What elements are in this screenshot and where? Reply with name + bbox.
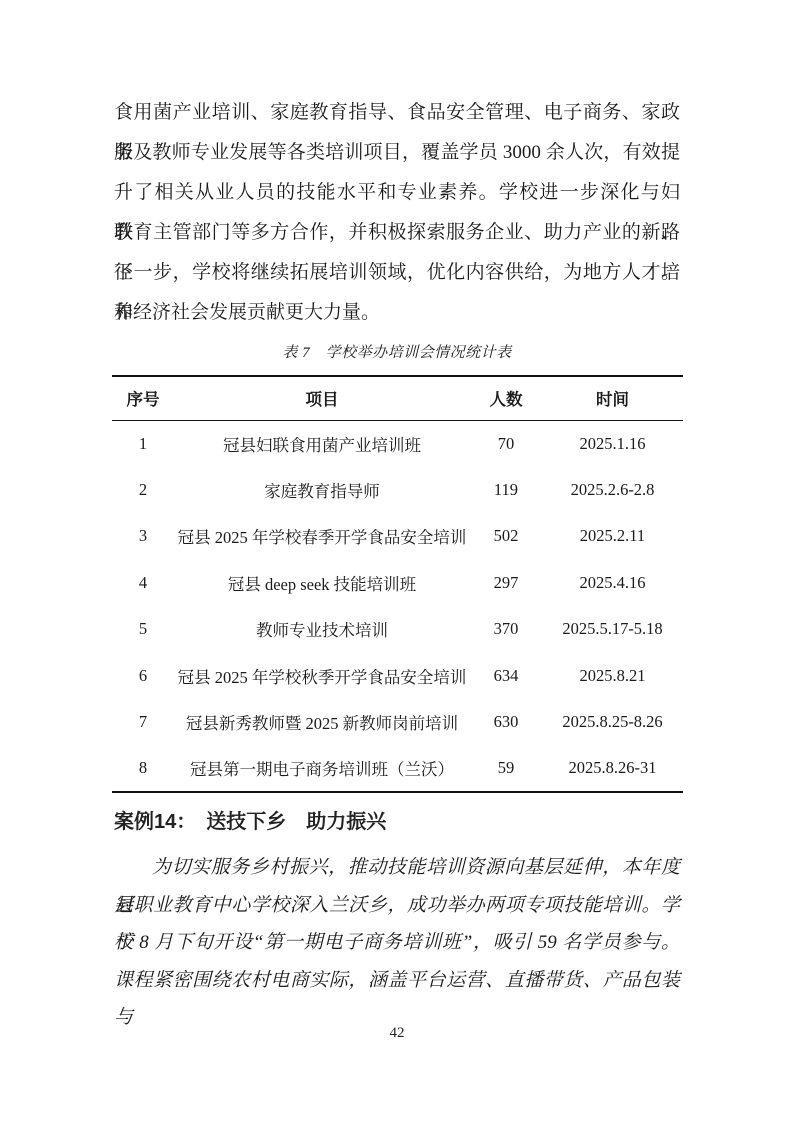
- intro-paragraph: 食用菌产业培训、家庭教育指导、食品安全管理、电子商务、家政服 务及教师专业发展等…: [114, 93, 680, 333]
- page-number: 42: [0, 1025, 794, 1042]
- document-page: 食用菌产业培训、家庭教育指导、食品安全管理、电子商务、家政服 务及教师专业发展等…: [0, 0, 794, 1123]
- cell-count: 634: [470, 653, 542, 700]
- cell-seq: 7: [112, 699, 174, 746]
- cell-seq: 1: [112, 420, 174, 467]
- cell-count: 297: [470, 560, 542, 607]
- column-header-project: 项目: [174, 376, 470, 420]
- column-header-seq: 序号: [112, 376, 174, 420]
- cell-count: 502: [470, 513, 542, 560]
- cell-project: 冠县 2025 年学校秋季开学食品安全培训: [174, 653, 470, 700]
- paragraph-line: 务及教师专业发展等各类培训项目，覆盖学员 3000 余人次，有效提: [114, 133, 680, 173]
- cell-seq: 3: [112, 513, 174, 560]
- cell-date: 2025.2.11: [542, 513, 683, 560]
- cell-date: 2025.8.21: [542, 653, 683, 700]
- cell-project: 教师专业技术培训: [174, 606, 470, 653]
- table-row: 2 家庭教育指导师 119 2025.2.6-2.8: [112, 467, 683, 514]
- cell-date: 2025.5.17-5.18: [542, 606, 683, 653]
- cell-project: 家庭教育指导师: [174, 467, 470, 514]
- case-14-heading: 案例14： 送技下乡 助力振兴: [114, 808, 680, 836]
- paragraph-line: 县职业教育中心学校深入兰沃乡，成功举办两项专项技能培训。学校: [114, 887, 680, 925]
- cell-date: 2025.8.26-31: [542, 746, 683, 793]
- paragraph-line: 升了相关从业人员的技能水平和专业素养。学校进一步深化与妇联、: [114, 173, 680, 213]
- cell-seq: 6: [112, 653, 174, 700]
- table-row: 7 冠县新秀教师暨 2025 新教师岗前培训 630 2025.8.25-8.2…: [112, 699, 683, 746]
- cell-count: 370: [470, 606, 542, 653]
- table-row: 3 冠县 2025 年学校春季开学食品安全培训 502 2025.2.11: [112, 513, 683, 560]
- cell-seq: 4: [112, 560, 174, 607]
- case-14-paragraph: 为切实服务乡村振兴，推动技能培训资源向基层延伸，本年度冠 县职业教育中心学校深入…: [114, 849, 680, 999]
- cell-project: 冠县第一期电子商务培训班（兰沃）: [174, 746, 470, 793]
- cell-count: 59: [470, 746, 542, 793]
- cell-date: 2025.2.6-2.8: [542, 467, 683, 514]
- cell-project: 冠县妇联食用菌产业培训班: [174, 420, 470, 467]
- table-row: 8 冠县第一期电子商务培训班（兰沃） 59 2025.8.26-31: [112, 746, 683, 793]
- paragraph-line: 课程紧密围绕农村电商实际，涵盖平台运营、直播带货、产品包装与: [114, 962, 680, 1000]
- cell-project: 冠县新秀教师暨 2025 新教师岗前培训: [174, 699, 470, 746]
- table-row: 6 冠县 2025 年学校秋季开学食品安全培训 634 2025.8.21: [112, 653, 683, 700]
- cell-project: 冠县 2025 年学校春季开学食品安全培训: [174, 513, 470, 560]
- table-row: 1 冠县妇联食用菌产业培训班 70 2025.1.16: [112, 420, 683, 467]
- cell-seq: 8: [112, 746, 174, 793]
- training-stats-table: 序号 项目 人数 时间 1 冠县妇联食用菌产业培训班 70 2025.1.16 …: [112, 375, 683, 793]
- cell-seq: 2: [112, 467, 174, 514]
- table-row: 5 教师专业技术培训 370 2025.5.17-5.18: [112, 606, 683, 653]
- paragraph-line: 为切实服务乡村振兴，推动技能培训资源向基层延伸，本年度冠: [114, 849, 680, 887]
- paragraph-line: 下一步，学校将继续拓展培训领域，优化内容供给，为地方人才培养: [114, 253, 680, 293]
- cell-date: 2025.1.16: [542, 420, 683, 467]
- cell-project: 冠县 deep seek 技能培训班: [174, 560, 470, 607]
- paragraph-line: 和经济社会发展贡献更大力量。: [114, 293, 680, 333]
- cell-date: 2025.8.25-8.26: [542, 699, 683, 746]
- table-caption: 表 7 学校举办培训会情况统计表: [114, 341, 680, 362]
- table-row: 4 冠县 deep seek 技能培训班 297 2025.4.16: [112, 560, 683, 607]
- cell-count: 119: [470, 467, 542, 514]
- paragraph-line: 于 8 月下旬开设“第一期电子商务培训班”，吸引 59 名学员参与。: [114, 924, 680, 962]
- paragraph-line: 教育主管部门等多方合作，并积极探索服务企业、助力产业的新路径。: [114, 213, 680, 253]
- table-header-row: 序号 项目 人数 时间: [112, 376, 683, 420]
- cell-count: 630: [470, 699, 542, 746]
- paragraph-line: 食用菌产业培训、家庭教育指导、食品安全管理、电子商务、家政服: [114, 93, 680, 133]
- column-header-date: 时间: [542, 376, 683, 420]
- column-header-count: 人数: [470, 376, 542, 420]
- cell-date: 2025.4.16: [542, 560, 683, 607]
- cell-seq: 5: [112, 606, 174, 653]
- cell-count: 70: [470, 420, 542, 467]
